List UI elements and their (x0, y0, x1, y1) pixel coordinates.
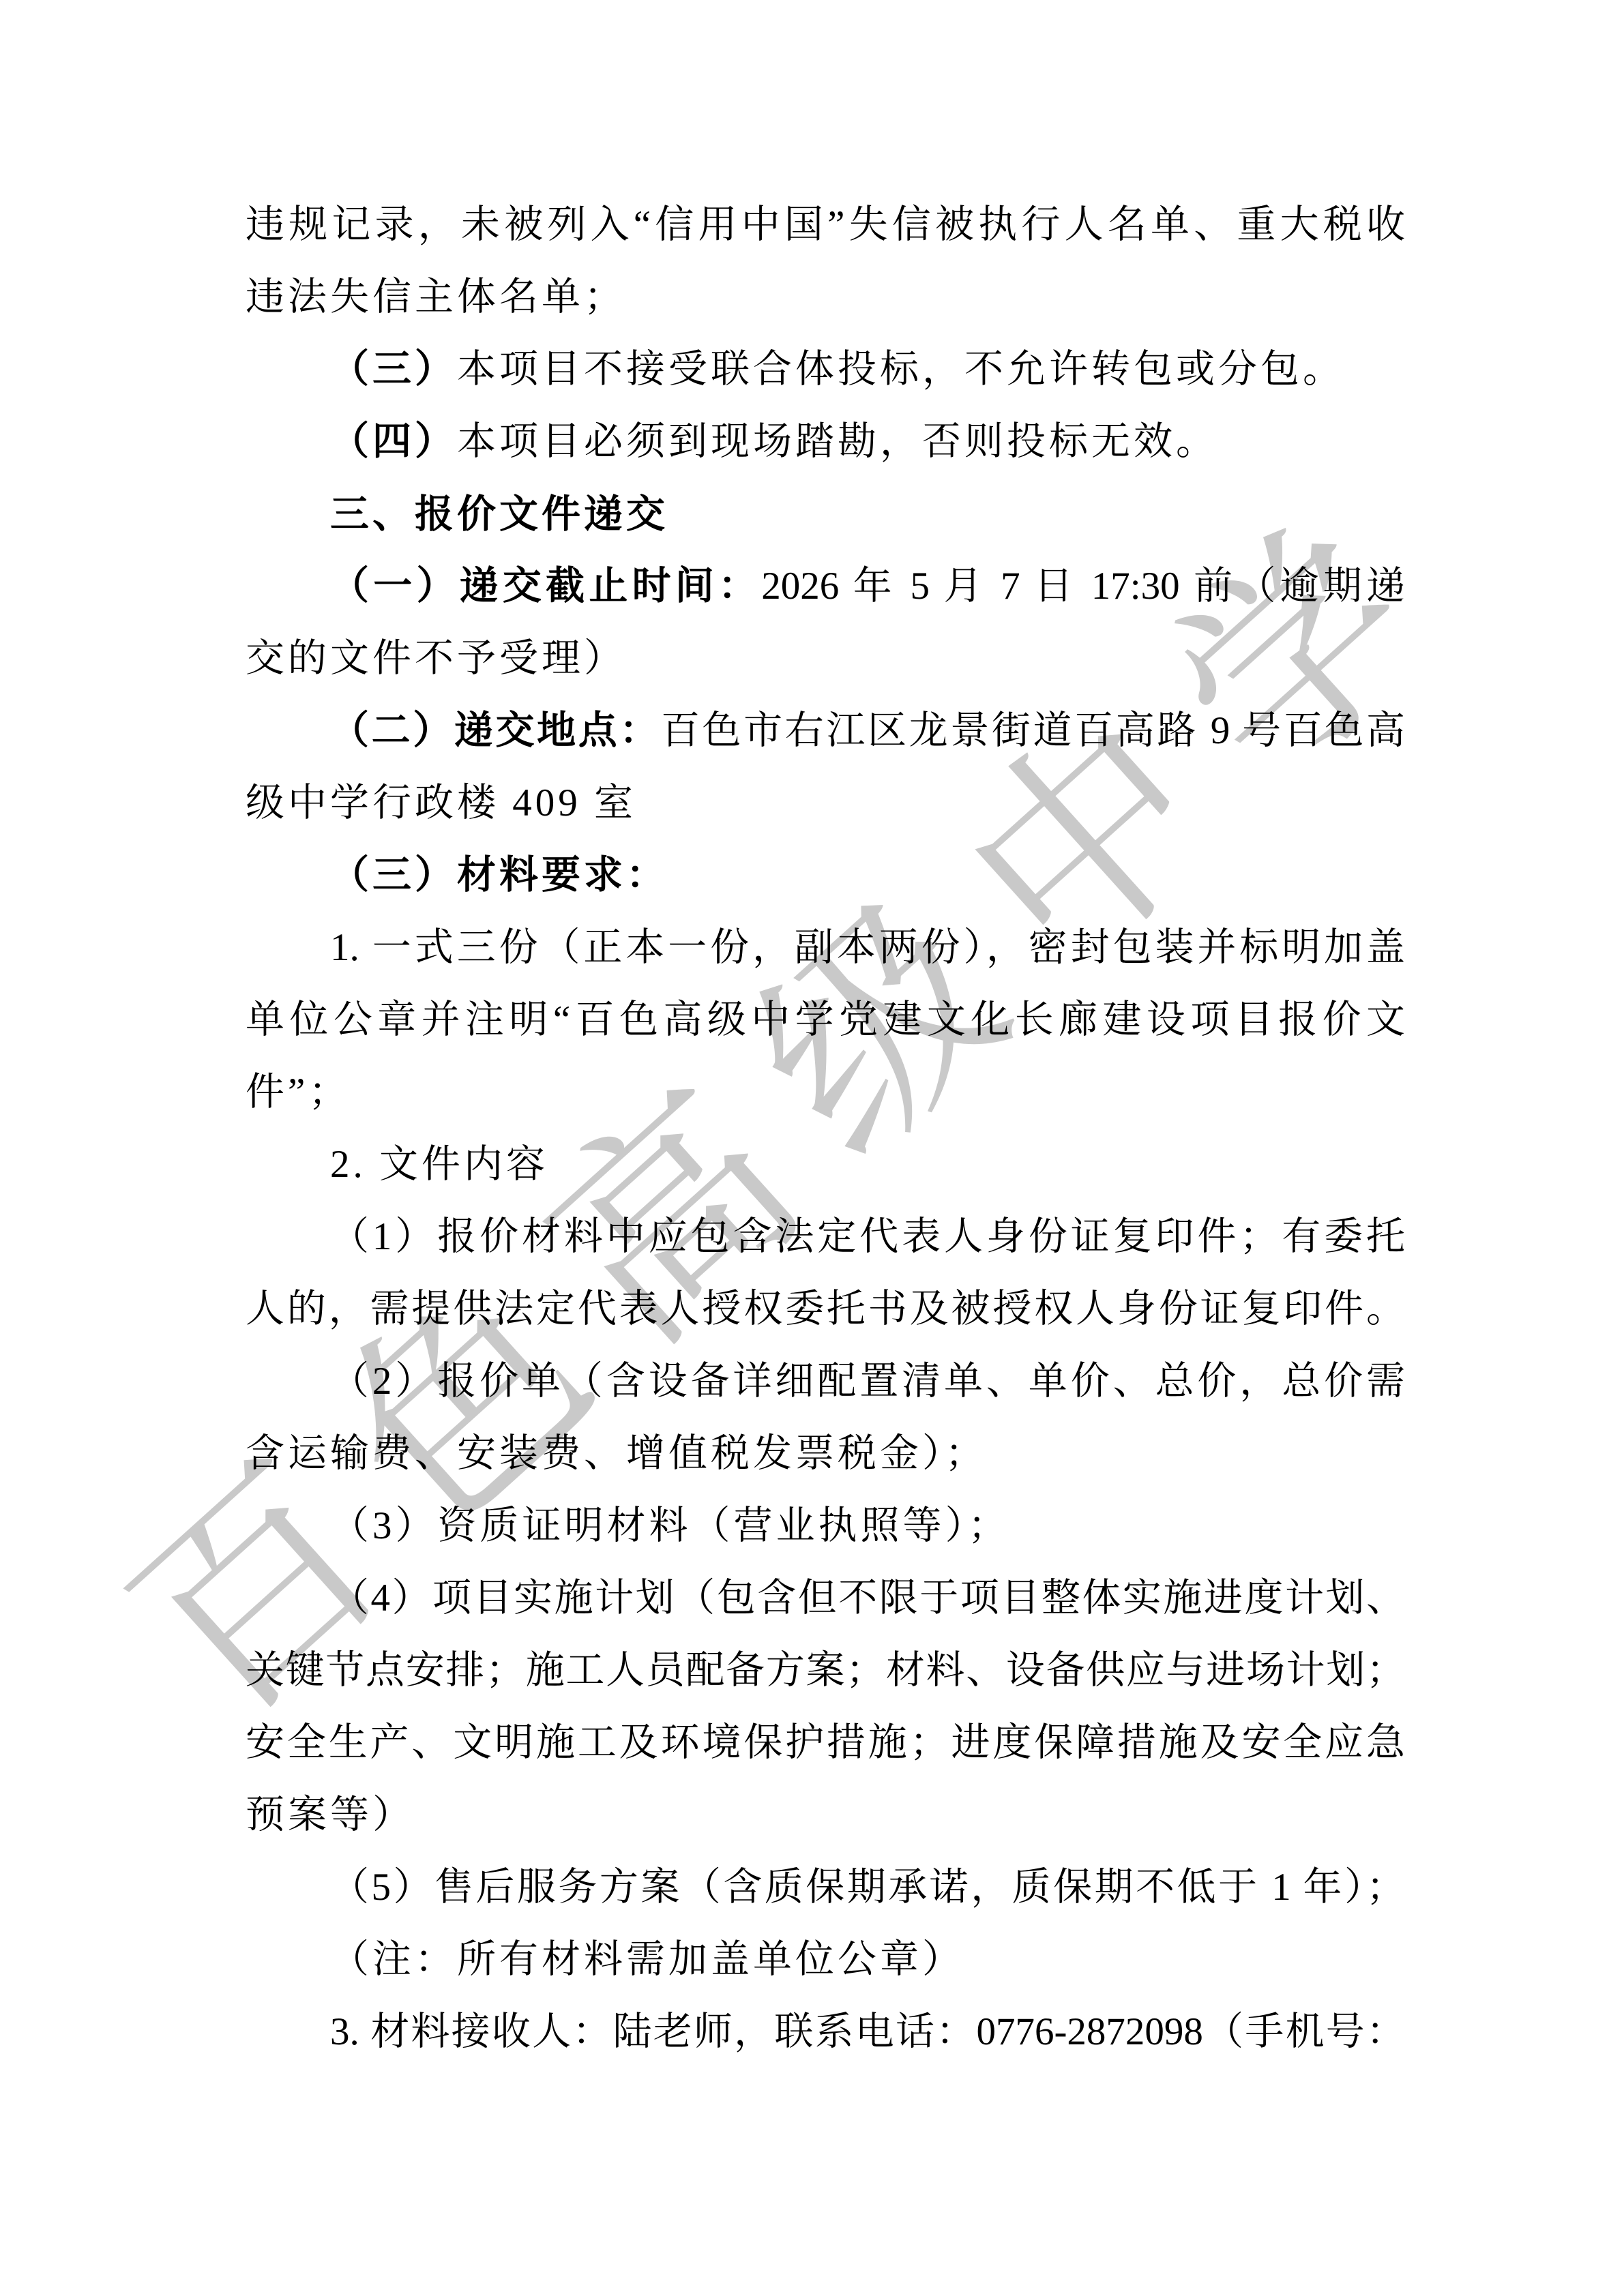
section-heading: 三、报价文件递交 (246, 478, 1405, 550)
text-segment: 本项目不接受联合体投标，不允许转包或分包。 (457, 348, 1345, 391)
text-segment: 件”； (246, 1071, 351, 1114)
text-line: （三）材料要求： (246, 839, 1405, 912)
text-segment: （4）项目实施计划（包含但不限于项目整体实施进度计划、 (330, 1577, 1405, 1620)
text-segment: （1）报价材料中应包含法定代表人身份证复印件；有委托 (330, 1215, 1405, 1258)
text-segment: （注：所有材料需加盖单位公章） (330, 1938, 964, 1981)
text-segment: 级中学行政楼 409 室 (246, 781, 636, 824)
text-segment: 1. 一式三份（正本一份，副本两份），密封包装并标明加盖 (330, 926, 1405, 969)
text-line: （1）报价材料中应包含法定代表人身份证复印件；有委托 (246, 1201, 1405, 1273)
bold-text-segment: （四） (330, 420, 457, 463)
document-page: 百色高级中学 违规记录，未被列入“信用中国”失信被执行人名单、重大税收违法失信主… (0, 0, 1624, 2296)
text-segment: 2. 文件内容 (330, 1143, 548, 1186)
text-line: （四）本项目必须到现场踏勘，否则投标无效。 (246, 406, 1405, 478)
text-segment: 预案等） (246, 1793, 415, 1836)
text-line: 违规记录，未被列入“信用中国”失信被执行人名单、重大税收 (246, 189, 1405, 261)
text-line: （3）资质证明材料（营业执照等）； (246, 1490, 1405, 1562)
bold-text-segment: （一）递交截止时间： (330, 565, 761, 608)
bold-text-segment: （三）材料要求： (330, 854, 668, 897)
text-line: 级中学行政楼 409 室 (246, 767, 1405, 839)
text-segment: 交的文件不予受理） (246, 637, 626, 680)
text-line: 预案等） (246, 1779, 1405, 1851)
text-line: （注：所有材料需加盖单位公章） (246, 1924, 1405, 1996)
text-line: 1. 一式三份（正本一份，副本两份），密封包装并标明加盖 (246, 912, 1405, 984)
text-line: 安全生产、文明施工及环境保护措施；进度保障措施及安全应急 (246, 1707, 1405, 1779)
text-segment: （2）报价单（含设备详细配置清单、单价、总价，总价需 (330, 1360, 1405, 1403)
text-line: 关键节点安排；施工人员配备方案；材料、设备供应与进场计划； (246, 1635, 1405, 1707)
text-segment: （5）售后服务方案（含质保期承诺，质保期不低于 1 年）； (330, 1866, 1405, 1909)
text-line: （5）售后服务方案（含质保期承诺，质保期不低于 1 年）； (246, 1851, 1405, 1924)
text-segment: 百色市右江区龙景街道百高路 9 号百色高 (661, 709, 1405, 752)
text-segment: 本项目必须到现场踏勘，否则投标无效。 (457, 420, 1218, 463)
text-line: 2. 文件内容 (246, 1129, 1405, 1201)
text-segment: 安全生产、文明施工及环境保护措施；进度保障措施及安全应急 (246, 1721, 1405, 1764)
text-segment: 人的，需提供法定代表人授权委托书及被授权人身份证复印件。 (246, 1287, 1405, 1330)
bold-text-segment: （三） (330, 348, 457, 391)
text-line: （二）递交地点：百色市右江区龙景街道百高路 9 号百色高 (246, 695, 1405, 767)
bold-text-segment: 三、报价文件递交 (330, 492, 668, 536)
text-line: 件”； (246, 1056, 1405, 1129)
text-segment: 关键节点安排；施工人员配备方案；材料、设备供应与进场计划； (246, 1649, 1405, 1692)
text-line: 违法失信主体名单； (246, 261, 1405, 333)
document-body: 违规记录，未被列入“信用中国”失信被执行人名单、重大税收违法失信主体名单；（三）… (246, 189, 1405, 2068)
text-line: 交的文件不予受理） (246, 623, 1405, 695)
text-line: 含运输费、安装费、增值税发票税金）； (246, 1418, 1405, 1490)
bold-text-segment: （二）递交地点： (330, 709, 661, 752)
text-segment: 含运输费、安装费、增值税发票税金）； (246, 1432, 988, 1475)
text-segment: 3. 材料接收人：陆老师，联系电话：0776-2872098（手机号： (330, 2010, 1405, 2053)
text-line: （三）本项目不接受联合体投标，不允许转包或分包。 (246, 333, 1405, 406)
text-line: 人的，需提供法定代表人授权委托书及被授权人身份证复印件。 (246, 1273, 1405, 1345)
text-segment: 单位公章并注明“百色高级中学党建文化长廊建设项目报价文 (246, 998, 1405, 1041)
text-segment: 违规记录，未被列入“信用中国”失信被执行人名单、重大税收 (246, 203, 1405, 246)
text-line: 单位公章并注明“百色高级中学党建文化长廊建设项目报价文 (246, 984, 1405, 1056)
text-line: （2）报价单（含设备详细配置清单、单价、总价，总价需 (246, 1345, 1405, 1418)
text-line: （一）递交截止时间：2026 年 5 月 7 日 17:30 前（逾期递 (246, 550, 1405, 623)
text-line: （4）项目实施计划（包含但不限于项目整体实施进度计划、 (246, 1562, 1405, 1635)
text-line: 3. 材料接收人：陆老师，联系电话：0776-2872098（手机号： (246, 1996, 1405, 2068)
text-segment: （3）资质证明材料（营业执照等）； (330, 1504, 1010, 1547)
text-segment: 违法失信主体名单； (246, 275, 626, 318)
text-segment: 2026 年 5 月 7 日 17:30 前（逾期递 (761, 565, 1405, 608)
